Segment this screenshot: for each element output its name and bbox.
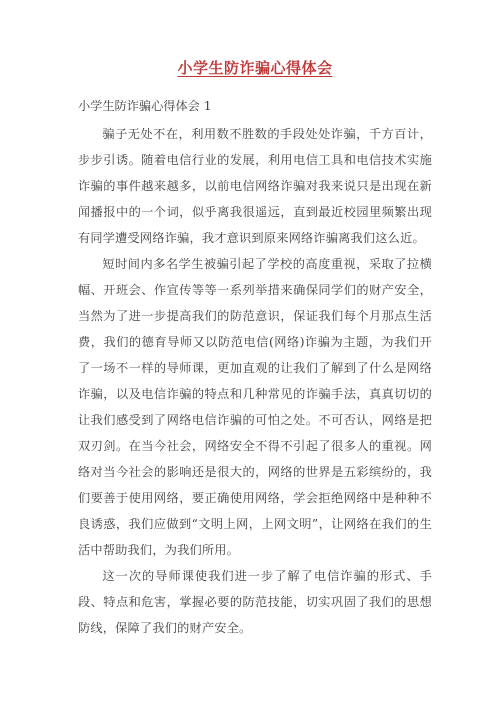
document-body: 骗子无处不在，利用数不胜数的手段处处诈骗，千方百计，步步引诱。随着电信行业的发展… — [78, 121, 432, 641]
document-title: 小学生防诈骗心得体会 — [78, 57, 432, 79]
paragraph-2: 短时间内多名学生被骗引起了学校的高度重视，采取了拉横幅、开班会、作宣传等等一系列… — [78, 251, 432, 563]
paragraph-3: 这一次的导师课使我们进一步了解了电信诈骗的形式、手段、特点和危害，掌握必要的防范… — [78, 563, 432, 641]
section-heading: 小学生防诈骗心得体会 1 — [78, 93, 432, 119]
document-page: 小学生防诈骗心得体会 小学生防诈骗心得体会 1 骗子无处不在，利用数不胜数的手段… — [0, 0, 500, 707]
paragraph-1: 骗子无处不在，利用数不胜数的手段处处诈骗，千方百计，步步引诱。随着电信行业的发展… — [78, 121, 432, 251]
